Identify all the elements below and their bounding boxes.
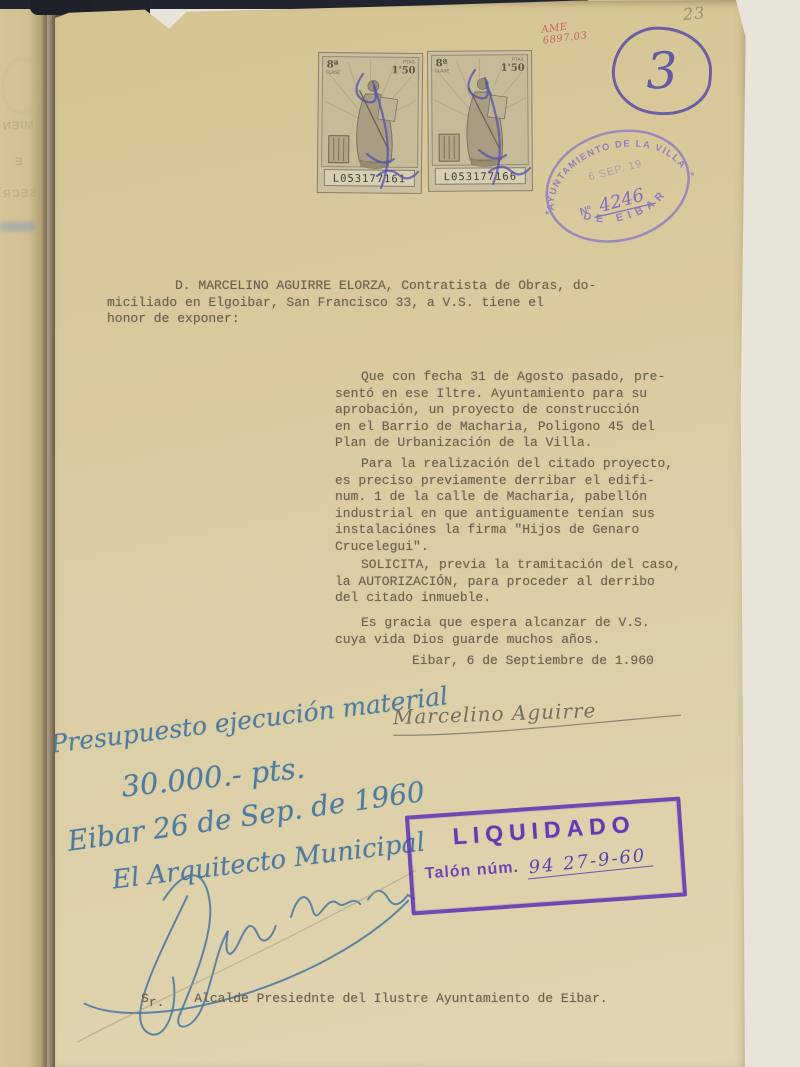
typed-line: es preciso previamente derribar el edifi… <box>335 473 673 490</box>
typed-paragraph-2: Que con fecha 31 de Agosto pasado, pre- … <box>335 369 665 452</box>
document-page: 8ª CLASE PTAS 1'50 L053177161 8ª CLASE P… <box>55 0 747 1067</box>
typed-line: miciliado en Elgoibar, San Francisco 33,… <box>107 295 596 312</box>
typed-line: instalaciónes la firma "Hijos de Genaro <box>335 522 673 539</box>
stamp-class-word: CLASE <box>435 68 450 73</box>
ghost-text: E <box>14 156 23 168</box>
typed-paragraph-closing: Es gracia que espera alcanzar de V.S. cu… <box>335 615 650 648</box>
stamp-serial-number: L053177161 <box>333 173 406 186</box>
ghost-emblem <box>2 58 42 114</box>
fiscal-stamp-left: 8ª CLASE PTAS 1'50 L053177161 <box>316 51 423 194</box>
typed-dateline: Eibar, 6 de Septiembre de 1.960 <box>412 653 654 670</box>
typed-line: del citado inmueble. <box>335 590 681 607</box>
ink-smudge <box>0 222 36 231</box>
typed-line: industrial en que antiguamente tenían su… <box>335 506 673 523</box>
stamp-currency: PTAS <box>403 59 414 64</box>
pencil-page-number: 23 <box>682 3 706 24</box>
typed-line: sentó en ese Iltre. Ayuntamiento para su <box>335 386 665 403</box>
typed-line: en el Barrio de Macharia, Poligono 45 de… <box>335 419 665 436</box>
typed-line: Plan de Urbanización de la Villa. <box>335 435 665 452</box>
talon-handwritten-value: 94 27-9-60 <box>526 844 654 879</box>
archive-reference: AME 6897.03 <box>541 19 588 46</box>
stamp-asterisk-right: * <box>689 169 697 183</box>
stamp-value: 1'50 <box>501 63 525 74</box>
addressee-text: Alcalde Presiednte del Ilustre Ayuntamie… <box>194 991 607 1006</box>
typed-line: SOLICITA, previa la tramitación del caso… <box>335 557 681 574</box>
stamp-class-word: CLASE <box>326 70 341 75</box>
fiscal-stamp-right: 8ª CLASE PTAS 1'50 L053177166 <box>427 50 534 193</box>
talon-label: Talón núm. <box>424 859 519 884</box>
typed-line: aprobación, un proyecto de construcción <box>335 402 665 419</box>
typed-line: Es gracia que espera alcanzar de V.S. <box>335 615 650 632</box>
ghost-text: MIEN <box>2 119 34 132</box>
typed-line: Para la realización del citado proyecto, <box>335 456 673 473</box>
typed-line: Crucelegui". <box>335 539 673 556</box>
ghost-text: SECR <box>2 187 37 200</box>
handwritten-line: Presupuesto ejecución material <box>49 681 450 759</box>
stamp-currency: PTAS <box>512 57 523 62</box>
stamp-value: 1'50 <box>392 65 416 76</box>
typed-paragraph-3: Para la realización del citado proyecto,… <box>335 456 673 556</box>
typed-line: Que con fecha 31 de Agosto pasado, pre- <box>335 369 665 386</box>
typed-line: cuya vida Dios guarde muchos años. <box>335 632 650 649</box>
circled-number-value: 3 <box>645 45 679 96</box>
municipal-registry-stamp: AYUNTAMIENTO DE LA VILLA DE EIBAR 6 SEP.… <box>513 95 722 272</box>
typed-paragraph-intro: D. MARCELINO AGUIRRE ELORZA, Contratista… <box>107 278 596 328</box>
typed-line: la AUTORIZACIÓN, para proceder al derrib… <box>335 574 681 591</box>
typed-line: honor de exponer: <box>107 311 596 328</box>
stamp-serial-number: L053177166 <box>444 171 517 184</box>
addressee-abbrev: Sr. <box>141 991 164 1006</box>
typed-line: num. 1 de la calle de Macharia, pabellón <box>335 489 673 506</box>
scanned-document: MIEN E SECR 8ª CLASE PTAS 1'50 L05317716… <box>0 0 800 1067</box>
stamp-date: 6 SEP. 19 <box>587 158 643 184</box>
typed-paragraph-solicita: SOLICITA, previa la tramitación del caso… <box>335 557 681 607</box>
addressee-line: Sr. Alcalde Presiednte del Ilustre Ayunt… <box>141 991 608 1006</box>
typed-line: D. MARCELINO AGUIRRE ELORZA, Contratista… <box>107 278 596 295</box>
liquidado-stamp: LIQUIDADO Talón núm. 94 27-9-60 <box>405 796 687 915</box>
